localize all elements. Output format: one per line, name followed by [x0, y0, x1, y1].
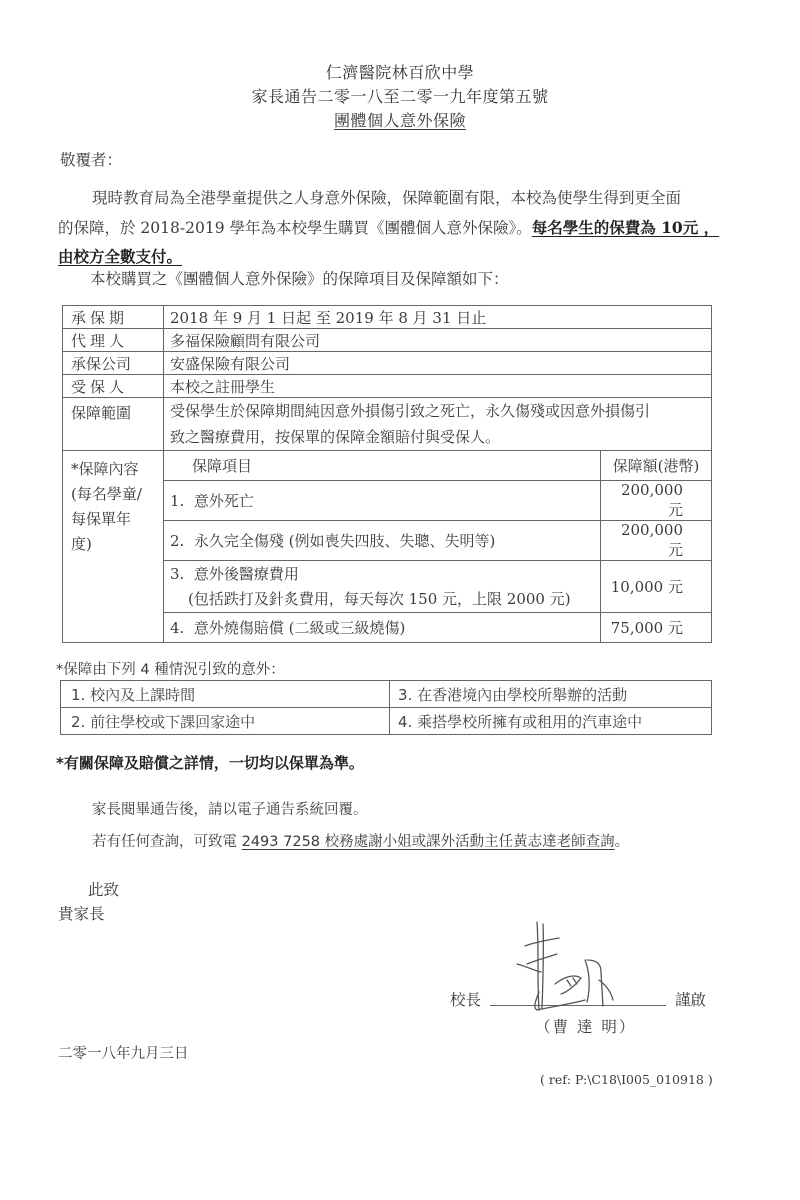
coverage-label-line: 度): [71, 532, 157, 557]
policy-label: 受保人: [63, 375, 164, 398]
salutation: 敬覆者：: [60, 148, 122, 170]
coverage-item: 意外死亡: [194, 492, 254, 510]
scope-line-2: 致之醫療費用，按保單的保障金額賠付與受保人。: [170, 424, 705, 450]
scope-line-1: 受保學生於保障期間純因意外損傷引致之死亡，永久傷殘或因意外損傷引: [170, 398, 705, 424]
coverage-item-header: 保障項目: [164, 451, 601, 481]
coverage-no: 4.: [170, 619, 184, 637]
policy-label: 保障範圍: [63, 398, 164, 451]
principal-name: （曹 達 明）: [535, 1015, 636, 1037]
notice-number: 家長通告二零一八至二零一九年度第五號: [0, 84, 800, 107]
coverage-amount: 200,000 元: [601, 521, 712, 561]
coverage-item: 意外後醫療費用: [194, 565, 299, 583]
coverage-amount: 75,000 元: [601, 613, 712, 643]
school-name: 仁濟醫院林百欣中學: [0, 60, 800, 83]
policy-value: 2018 年 9 月 1 日起 至 2019 年 8 月 31 日止: [164, 306, 712, 329]
coverage-no: 3.: [170, 565, 184, 583]
notice-date: 二零一八年九月三日: [58, 1042, 189, 1063]
coverage-label-line: 每保單年: [71, 507, 157, 532]
intro-line-1: 現時教育局為全港學童提供之人身意外保險，保障範圍有限，本校為使學生得到更全面: [92, 186, 681, 208]
case-item: 1. 校內及上課時間: [61, 681, 390, 708]
policy-table: 承保期 2018 年 9 月 1 日起 至 2019 年 8 月 31 日止 代…: [62, 305, 712, 643]
policy-row-agent: 代理人 多福保險顧問有限公司: [63, 329, 712, 352]
enquiry-text: 若有任何查詢，可致電: [92, 834, 242, 850]
reference-code: ( ref: P:\C18\I005_010918 ): [540, 1072, 713, 1087]
disclaimer: *有關保障及賠償之詳情，一切均以保單為準。: [56, 752, 364, 773]
coverage-header-row: *保障內容 (每名學童/ 每保單年 度) 保障項目 保障額(港幣): [63, 451, 712, 481]
coverage-amount: 10,000 元: [601, 561, 712, 613]
enquiry-line: 若有任何查詢，可致電 2493 7258 校務處謝小姐或課外活動主任黃志達老師查…: [92, 830, 629, 851]
coverage-amount: 200,000 元: [601, 481, 712, 521]
coverage-no: 2.: [170, 532, 184, 550]
policy-row-scope: 保障範圍 受保學生於保障期間純因意外損傷引致之死亡，永久傷殘或因意外損傷引 致之…: [63, 398, 712, 451]
signature-title: 校長: [450, 988, 481, 1010]
policy-label: 代理人: [63, 329, 164, 352]
cases-row: 2. 前往學校或下課回家途中 4. 乘搭學校所擁有或租用的汽車途中: [61, 708, 712, 735]
policy-value: 本校之註冊學生: [164, 375, 712, 398]
policy-row-insurer: 承保公司 安盛保險有限公司: [63, 352, 712, 375]
case-item: 4. 乘搭學校所擁有或租用的汽車途中: [390, 708, 712, 735]
coverage-label-line: (每名學童/: [71, 482, 157, 507]
notice-subject: 團體個人意外保險: [334, 111, 466, 130]
coverage-label-line: *保障內容: [71, 457, 157, 482]
intro-line-2-text: 的保障，於 2018-2019 學年為本校學生購買《團體個人意外保險》。: [58, 219, 532, 237]
fee-highlight: 每名學生的保費為 10元 ，: [532, 218, 719, 237]
intro-line-2: 的保障，於 2018-2019 學年為本校學生購買《團體個人意外保險》。每名學生…: [58, 216, 719, 238]
coverage-item-detail: (包括跌打及針炙費用，每天每次 150 元，上限 2000 元): [170, 587, 594, 612]
cases-row: 1. 校內及上課時間 3. 在香港境內由學校所舉辦的活動: [61, 681, 712, 708]
coverage-label: *保障內容 (每名學童/ 每保單年 度): [63, 451, 164, 643]
policy-value: 受保學生於保障期間純因意外損傷引致之死亡，永久傷殘或因意外損傷引 致之醫療費用，…: [164, 398, 712, 451]
policy-row-insured: 受保人 本校之註冊學生: [63, 375, 712, 398]
case-item: 3. 在香港境內由學校所舉辦的活動: [390, 681, 712, 708]
cases-title: *保障由下列 4 種情況引致的意外：: [56, 658, 285, 679]
closing-line-2: 貴家長: [58, 902, 105, 924]
policy-label: 承保公司: [63, 352, 164, 375]
table-intro: 本校購買之《團體個人意外保險》的保障項目及保障額如下：: [90, 267, 509, 289]
signature-suffix: 謹啟: [675, 988, 706, 1010]
fee-payer-highlight: 由校方全數支付。: [58, 247, 182, 266]
closing-line-1: 此致: [88, 878, 119, 900]
enquiry-end: 。: [615, 834, 630, 850]
coverage-amount-header: 保障額(港幣): [601, 451, 712, 481]
enquiry-contact: 2493 7258 校務處謝小姐或課外活動主任黃志達老師查詢: [242, 834, 615, 850]
coverage-item: 永久完全傷殘 (例如喪失四肢、失聰、失明等): [194, 532, 495, 550]
signature-scribble: [515, 920, 635, 1012]
policy-value: 多福保險顧問有限公司: [164, 329, 712, 352]
policy-value: 安盛保險有限公司: [164, 352, 712, 375]
cases-table: 1. 校內及上課時間 3. 在香港境內由學校所舉辦的活動 2. 前往學校或下課回…: [60, 680, 712, 735]
policy-label: 承保期: [63, 306, 164, 329]
coverage-no: 1.: [170, 492, 184, 510]
policy-row-period: 承保期 2018 年 9 月 1 日起 至 2019 年 8 月 31 日止: [63, 306, 712, 329]
coverage-item: 意外燒傷賠償 (二級或三級燒傷): [194, 619, 405, 637]
case-item: 2. 前往學校或下課回家途中: [61, 708, 390, 735]
reply-instruction: 家長閱畢通告後，請以電子通告系統回覆。: [92, 798, 368, 819]
